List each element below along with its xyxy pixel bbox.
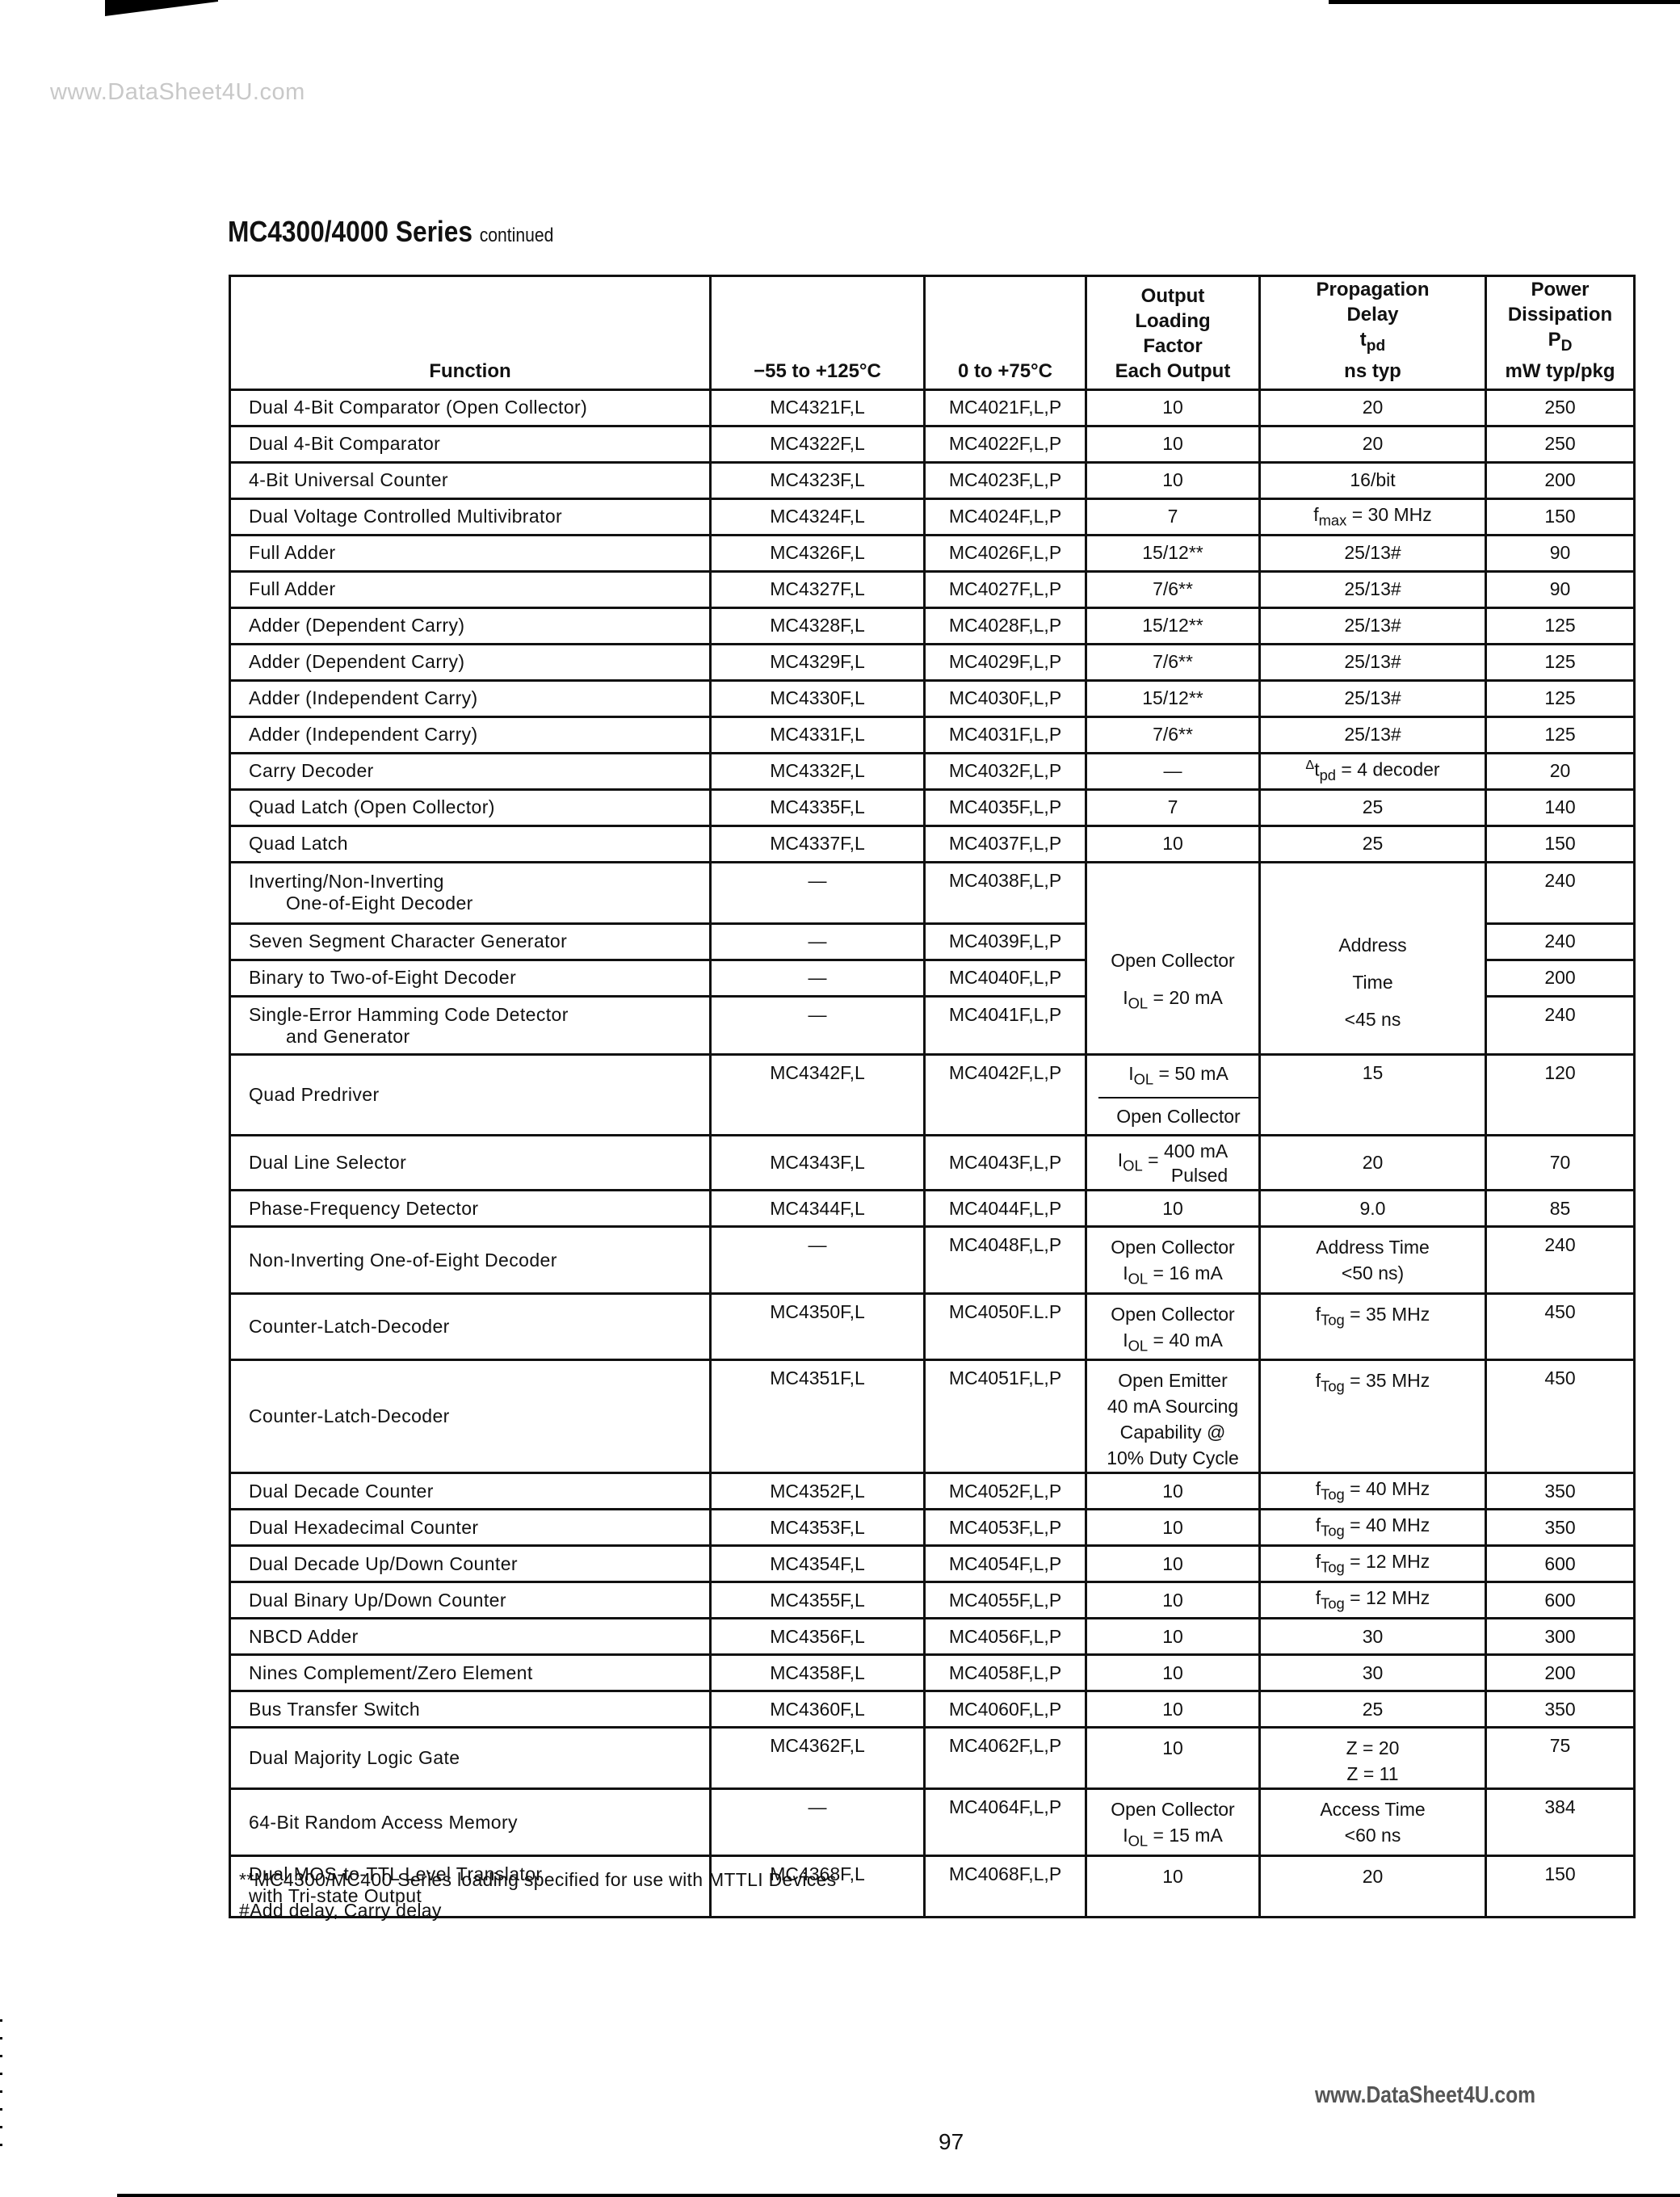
cell-loading: 10 xyxy=(1086,1619,1260,1655)
cell-function: Bus Transfer Switch xyxy=(230,1691,711,1728)
cell-com-part: MC4055F,L,P xyxy=(925,1582,1086,1619)
cell-loading: 10 xyxy=(1086,1855,1260,1917)
cell-delay: 20 xyxy=(1260,426,1486,462)
cell-mil-part: MC4358F,L xyxy=(711,1655,925,1691)
table-row: Quad Latch (Open Collector)MC4335F,LMC40… xyxy=(230,789,1635,825)
cell-delay: 9.0 xyxy=(1260,1191,1486,1227)
cell-function: Dual 4-Bit Comparator xyxy=(230,426,711,462)
watermark-bottom: www.DataSheet4U.com xyxy=(1315,2082,1535,2109)
cell-loading: 15/12** xyxy=(1086,607,1260,644)
cell-loading: 7/6** xyxy=(1086,644,1260,680)
cell-delay: 25/13# xyxy=(1260,571,1486,607)
cell-power: 450 xyxy=(1486,1360,1635,1473)
cell-mil-part: — xyxy=(711,1789,925,1856)
cell-mil-part: MC4322F,L xyxy=(711,426,925,462)
cell-com-part: MC4064F,L,P xyxy=(925,1789,1086,1856)
footnote-loading: **MC4300/MC400 Series loading specified … xyxy=(239,1864,837,1895)
cell-function: Quad Latch xyxy=(230,825,711,862)
table-row: Adder (Independent Carry)MC4330F,LMC4030… xyxy=(230,680,1635,716)
cell-mil-part: MC4355F,L xyxy=(711,1582,925,1619)
cell-loading: 10 xyxy=(1086,1546,1260,1582)
cell-com-part: MC4026F,L,P xyxy=(925,535,1086,571)
cell-mil-part: MC4330F,L xyxy=(711,680,925,716)
cell-com-part: MC4050F.L.P xyxy=(925,1293,1086,1360)
cell-function: Counter-Latch-Decoder xyxy=(230,1360,711,1473)
cell-function: Dual Hexadecimal Counter xyxy=(230,1510,711,1546)
cell-mil-part: MC4324F,L xyxy=(711,498,925,535)
cell-loading: 10 xyxy=(1086,1473,1260,1510)
cell-com-part: MC4037F,L,P xyxy=(925,825,1086,862)
cell-power: 125 xyxy=(1486,716,1635,753)
cell-function: Phase-Frequency Detector xyxy=(230,1191,711,1227)
cell-power: 75 xyxy=(1486,1728,1635,1789)
cell-function: Nines Complement/Zero Element xyxy=(230,1655,711,1691)
cell-loading: 15/12** xyxy=(1086,535,1260,571)
driver-loading-b: IOL = 400 mA Pulsed xyxy=(1086,1136,1260,1191)
cell-power: 20 xyxy=(1486,753,1635,789)
table-row: Dual Binary Up/Down CounterMC4355F,LMC40… xyxy=(230,1582,1635,1619)
cell-loading: 10 xyxy=(1086,1655,1260,1691)
table-row: Non-Inverting One-of-Eight Decoder—MC404… xyxy=(230,1227,1635,1294)
decoder-delay-cell: Address Time <45 ns xyxy=(1260,862,1486,1054)
cell-function: Full Adder xyxy=(230,535,711,571)
cell-power: 90 xyxy=(1486,571,1635,607)
cell-mil-part: MC4350F,L xyxy=(711,1293,925,1360)
cell-loading: 10 xyxy=(1086,1728,1260,1789)
table-row: Dual 4-Bit Comparator (Open Collector)MC… xyxy=(230,389,1635,426)
cell-power: 140 xyxy=(1486,789,1635,825)
cell-delay: 30 xyxy=(1260,1619,1486,1655)
cell-function: Dual Decade Counter xyxy=(230,1473,711,1510)
cell-com-part: MC4035F,L,P xyxy=(925,789,1086,825)
cell-power: 250 xyxy=(1486,389,1635,426)
cell-power: 240 xyxy=(1486,1227,1635,1294)
cell-function: Adder (Dependent Carry) xyxy=(230,607,711,644)
title-suffix: continued xyxy=(480,225,554,246)
cell-delay: 25/13# xyxy=(1260,644,1486,680)
cell-delay: 16/bit xyxy=(1260,462,1486,498)
decoder-loading-cell: Open Collector IOL = 20 mA xyxy=(1086,862,1260,1054)
table-row: Dual 4-Bit ComparatorMC4322F,LMC4022F,L,… xyxy=(230,426,1635,462)
cell-power: 90 xyxy=(1486,535,1635,571)
cell-function: Full Adder xyxy=(230,571,711,607)
scan-artifact-bottom xyxy=(117,2194,1680,2197)
cell-loading: 10 xyxy=(1086,825,1260,862)
table-row: Inverting/Non-InvertingOne-of-Eight Deco… xyxy=(230,862,1635,923)
cell-com-part: MC4021F,L,P xyxy=(925,389,1086,426)
cell-delay: 20 xyxy=(1260,1855,1486,1917)
table-header-row: Function −55 to +125°C 0 to +75°C Output… xyxy=(230,276,1635,390)
cell-power: 300 xyxy=(1486,1619,1635,1655)
cell-com-part: MC4068F,L,P xyxy=(925,1855,1086,1917)
cell-mil-part: MC4331F,L xyxy=(711,716,925,753)
cell-com-part: MC4048F,L,P xyxy=(925,1227,1086,1294)
scan-artifact-top-right xyxy=(1329,0,1680,4)
cell-mil-part: MC4329F,L xyxy=(711,644,925,680)
table-row: Dual Hexadecimal CounterMC4353F,LMC4053F… xyxy=(230,1510,1635,1546)
cell-loading: 7 xyxy=(1086,789,1260,825)
cell-com-part: MC4054F,L,P xyxy=(925,1546,1086,1582)
cell-power: 350 xyxy=(1486,1473,1635,1510)
cell-com-part: MC4023F,L,P xyxy=(925,462,1086,498)
cell-mil-part: MC4344F,L xyxy=(711,1191,925,1227)
cell-com-part: MC4058F,L,P xyxy=(925,1655,1086,1691)
cell-mil-part: MC4351F,L xyxy=(711,1360,925,1473)
cell-delay: 25 xyxy=(1260,789,1486,825)
spec-table: Function −55 to +125°C 0 to +75°C Output… xyxy=(229,275,1636,1918)
cell-function: NBCD Adder xyxy=(230,1619,711,1655)
cell-com-part: MC4030F,L,P xyxy=(925,680,1086,716)
cell-delay: Z = 20Z = 11 xyxy=(1260,1728,1486,1789)
cell-delay: 25/13# xyxy=(1260,680,1486,716)
cell-delay: fTog = 12 MHz xyxy=(1260,1546,1486,1582)
cell-power: 600 xyxy=(1486,1582,1635,1619)
cell-com-part: MC4024F,L,P xyxy=(925,498,1086,535)
cell-mil-part: MC4352F,L xyxy=(711,1473,925,1510)
table-row: Adder (Independent Carry)MC4331F,LMC4031… xyxy=(230,716,1635,753)
header-loading: Output Loading Factor Each Output xyxy=(1086,276,1260,390)
cell-com-part: MC4056F,L,P xyxy=(925,1619,1086,1655)
cell-loading: 10 xyxy=(1086,1191,1260,1227)
cell-delay: 25 xyxy=(1260,1691,1486,1728)
cell-delay: Address Time<50 ns) xyxy=(1260,1227,1486,1294)
cell-function: 64-Bit Random Access Memory xyxy=(230,1789,711,1856)
watermark-top: www.DataSheet4U.com xyxy=(50,79,305,106)
cell-power: 450 xyxy=(1486,1293,1635,1360)
header-com: 0 to +75°C xyxy=(925,276,1086,390)
cell-mil-part: MC4356F,L xyxy=(711,1619,925,1655)
cell-power: 350 xyxy=(1486,1510,1635,1546)
cell-loading: Open CollectorIOL = 15 mA xyxy=(1086,1789,1260,1856)
cell-com-part: MC4031F,L,P xyxy=(925,716,1086,753)
cell-delay: Δtpd = 4 decoder xyxy=(1260,753,1486,789)
cell-mil-part: MC4323F,L xyxy=(711,462,925,498)
table-row: Counter-Latch-DecoderMC4350F,LMC4050F.L.… xyxy=(230,1293,1635,1360)
cell-function: Adder (Dependent Carry) xyxy=(230,644,711,680)
table-row: NBCD AdderMC4356F,LMC4056F,L,P1030300 xyxy=(230,1619,1635,1655)
cell-delay: 30 xyxy=(1260,1655,1486,1691)
cell-loading: 10 xyxy=(1086,1691,1260,1728)
footnote-delay: #Add delay, Carry delay xyxy=(239,1895,837,1926)
cell-loading: — xyxy=(1086,753,1260,789)
cell-power: 125 xyxy=(1486,644,1635,680)
cell-power: 200 xyxy=(1486,1655,1635,1691)
cell-com-part: MC4029F,L,P xyxy=(925,644,1086,680)
cell-com-part: MC4053F,L,P xyxy=(925,1510,1086,1546)
cell-delay: 25/13# xyxy=(1260,607,1486,644)
cell-mil-part: MC4335F,L xyxy=(711,789,925,825)
cell-com-part: MC4062F,L,P xyxy=(925,1728,1086,1789)
cell-power: 150 xyxy=(1486,1855,1635,1917)
table-row: Quad LatchMC4337F,LMC4037F,L,P1025150 xyxy=(230,825,1635,862)
table-row: Carry DecoderMC4332F,LMC4032F,L,P—Δtpd =… xyxy=(230,753,1635,789)
cell-loading: 10 xyxy=(1086,426,1260,462)
cell-com-part: MC4052F,L,P xyxy=(925,1473,1086,1510)
cell-loading: Open CollectorIOL = 16 mA xyxy=(1086,1227,1260,1294)
table-row: Quad Predriver MC4342F,L MC4042F,L,P IOL… xyxy=(230,1054,1635,1136)
cell-function: Dual Decade Up/Down Counter xyxy=(230,1546,711,1582)
cell-mil-part: MC4321F,L xyxy=(711,389,925,426)
table-row: Dual Majority Logic GateMC4362F,LMC4062F… xyxy=(230,1728,1635,1789)
cell-mil-part: — xyxy=(711,1227,925,1294)
footnotes: **MC4300/MC400 Series loading specified … xyxy=(239,1864,837,1926)
cell-loading: Open Emitter40 mA SourcingCapability @10… xyxy=(1086,1360,1260,1473)
cell-loading: 10 xyxy=(1086,1582,1260,1619)
table-row: Dual Voltage Controlled MultivibratorMC4… xyxy=(230,498,1635,535)
cell-delay: 25 xyxy=(1260,825,1486,862)
cell-power: 85 xyxy=(1486,1191,1635,1227)
cell-delay: 20 xyxy=(1260,389,1486,426)
table-row: Counter-Latch-DecoderMC4351F,LMC4051F,L,… xyxy=(230,1360,1635,1473)
cell-com-part: MC4028F,L,P xyxy=(925,607,1086,644)
scan-edge-marks xyxy=(0,2019,2,2149)
cell-power: 150 xyxy=(1486,825,1635,862)
cell-function: Dual 4-Bit Comparator (Open Collector) xyxy=(230,389,711,426)
cell-delay: 25/13# xyxy=(1260,716,1486,753)
header-function: Function xyxy=(230,276,711,390)
cell-delay: 25/13# xyxy=(1260,535,1486,571)
cell-loading: 15/12** xyxy=(1086,680,1260,716)
cell-loading: 10 xyxy=(1086,1510,1260,1546)
cell-mil-part: MC4326F,L xyxy=(711,535,925,571)
cell-power: 125 xyxy=(1486,680,1635,716)
cell-com-part: MC4060F,L,P xyxy=(925,1691,1086,1728)
cell-power: 150 xyxy=(1486,498,1635,535)
cell-loading: Open CollectorIOL = 40 mA xyxy=(1086,1293,1260,1360)
cell-delay: fmax = 30 MHz xyxy=(1260,498,1486,535)
cell-function: Non-Inverting One-of-Eight Decoder xyxy=(230,1227,711,1294)
cell-mil-part: MC4328F,L xyxy=(711,607,925,644)
cell-power: 250 xyxy=(1486,426,1635,462)
cell-delay: fTog = 35 MHz xyxy=(1260,1360,1486,1473)
cell-function: Adder (Independent Carry) xyxy=(230,680,711,716)
cell-function: 4-Bit Universal Counter xyxy=(230,462,711,498)
table-row: 4-Bit Universal CounterMC4323F,LMC4023F,… xyxy=(230,462,1635,498)
cell-mil-part: MC4337F,L xyxy=(711,825,925,862)
header-power: Power Dissipation PD mW typ/pkg xyxy=(1486,276,1635,390)
cell-power: 125 xyxy=(1486,607,1635,644)
cell-mil-part: MC4353F,L xyxy=(711,1510,925,1546)
header-delay: Propagation Delay tpd ns typ xyxy=(1260,276,1486,390)
page-title: MC4300/4000 Seriescontinued xyxy=(228,215,553,249)
cell-function: Adder (Independent Carry) xyxy=(230,716,711,753)
table-row: Bus Transfer SwitchMC4360F,LMC4060F,L,P1… xyxy=(230,1691,1635,1728)
table-row: Adder (Dependent Carry)MC4328F,LMC4028F,… xyxy=(230,607,1635,644)
driver-loading-a: IOL = 50 mA Open Collector xyxy=(1086,1054,1260,1136)
scan-artifact-top-left xyxy=(105,0,218,16)
cell-mil-part: MC4327F,L xyxy=(711,571,925,607)
table-row: Nines Complement/Zero ElementMC4358F,LMC… xyxy=(230,1655,1635,1691)
cell-loading: 7 xyxy=(1086,498,1260,535)
cell-com-part: MC4032F,L,P xyxy=(925,753,1086,789)
header-mil: −55 to +125°C xyxy=(711,276,925,390)
page-number: 97 xyxy=(939,2129,964,2155)
table-row: Phase-Frequency DetectorMC4344F,LMC4044F… xyxy=(230,1191,1635,1227)
cell-power: 600 xyxy=(1486,1546,1635,1582)
cell-loading: 10 xyxy=(1086,462,1260,498)
table-row: 64-Bit Random Access Memory—MC4064F,L,PO… xyxy=(230,1789,1635,1856)
cell-delay: fTog = 12 MHz xyxy=(1260,1582,1486,1619)
table-row: Full AdderMC4327F,LMC4027F,L,P7/6**25/13… xyxy=(230,571,1635,607)
table-row: Full AdderMC4326F,LMC4026F,L,P15/12**25/… xyxy=(230,535,1635,571)
cell-mil-part: MC4354F,L xyxy=(711,1546,925,1582)
cell-function: Dual Majority Logic Gate xyxy=(230,1728,711,1789)
cell-loading: 10 xyxy=(1086,389,1260,426)
table-row: Adder (Dependent Carry)MC4329F,LMC4029F,… xyxy=(230,644,1635,680)
cell-mil-part: MC4360F,L xyxy=(711,1691,925,1728)
table-row: Dual Line Selector MC4343F,L MC4043F,L,P… xyxy=(230,1136,1635,1191)
cell-com-part: MC4022F,L,P xyxy=(925,426,1086,462)
cell-delay: Access Time<60 ns xyxy=(1260,1789,1486,1856)
cell-power: 384 xyxy=(1486,1789,1635,1856)
cell-loading: 7/6** xyxy=(1086,716,1260,753)
title-main: MC4300/4000 Series xyxy=(228,215,472,248)
cell-delay: fTog = 35 MHz xyxy=(1260,1293,1486,1360)
cell-com-part: MC4027F,L,P xyxy=(925,571,1086,607)
table-row: Dual Decade CounterMC4352F,LMC4052F,L,P1… xyxy=(230,1473,1635,1510)
cell-function: Dual Voltage Controlled Multivibrator xyxy=(230,498,711,535)
cell-function: Counter-Latch-Decoder xyxy=(230,1293,711,1360)
cell-delay: fTog = 40 MHz xyxy=(1260,1510,1486,1546)
cell-loading: 7/6** xyxy=(1086,571,1260,607)
cell-delay: fTog = 40 MHz xyxy=(1260,1473,1486,1510)
cell-com-part: MC4051F,L,P xyxy=(925,1360,1086,1473)
cell-power: 350 xyxy=(1486,1691,1635,1728)
cell-mil-part: MC4332F,L xyxy=(711,753,925,789)
cell-function: Carry Decoder xyxy=(230,753,711,789)
cell-power: 200 xyxy=(1486,462,1635,498)
cell-mil-part: MC4362F,L xyxy=(711,1728,925,1789)
cell-function: Quad Latch (Open Collector) xyxy=(230,789,711,825)
table-row: Dual Decade Up/Down CounterMC4354F,LMC40… xyxy=(230,1546,1635,1582)
cell-function: Dual Binary Up/Down Counter xyxy=(230,1582,711,1619)
cell-com-part: MC4044F,L,P xyxy=(925,1191,1086,1227)
